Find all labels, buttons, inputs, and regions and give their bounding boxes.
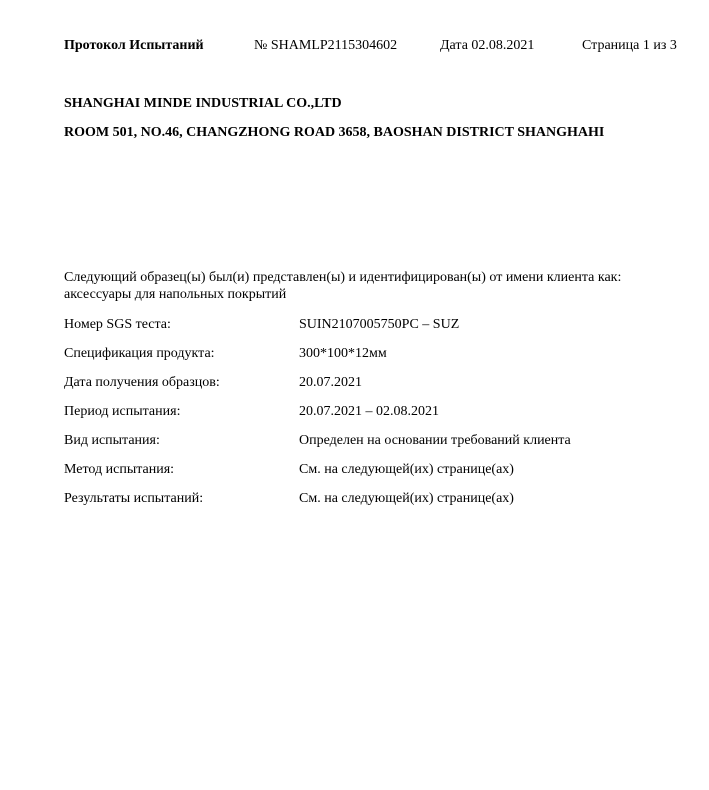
detail-value: 20.07.2021 – 02.08.2021 (299, 404, 439, 420)
sample-intro: Следующий образец(ы) был(и) представлен(… (64, 269, 684, 303)
intro-line: Следующий образец(ы) был(и) представлен(… (64, 269, 684, 286)
report-number: № SHAMLP2115304602 (254, 38, 397, 54)
detail-label: Период испытания: (64, 404, 180, 420)
detail-value: См. на следующей(их) странице(ах) (299, 462, 514, 478)
detail-label: Вид испытания: (64, 433, 160, 449)
company-address: ROOM 501, NO.46, CHANGZHONG ROAD 3658, B… (64, 125, 604, 141)
sample-description: аксессуары для напольных покрытий (64, 286, 684, 303)
detail-value: 300*100*12мм (299, 346, 387, 362)
detail-label: Номер SGS теста: (64, 317, 171, 333)
report-date: Дата 02.08.2021 (440, 38, 534, 54)
report-title: Протокол Испытаний (64, 38, 204, 54)
page-indicator: Страница 1 из 3 (582, 38, 677, 54)
detail-label: Спецификация продукта: (64, 346, 215, 362)
detail-value: 20.07.2021 (299, 375, 362, 391)
company-name: SHANGHAI MINDE INDUSTRIAL CO.,LTD (64, 96, 342, 112)
detail-label: Дата получения образцов: (64, 375, 220, 391)
report-header: Протокол Испытаний № SHAMLP2115304602 Да… (0, 38, 709, 56)
detail-value: См. на следующей(их) странице(ах) (299, 491, 514, 507)
detail-value: Определен на основании требований клиент… (299, 433, 571, 449)
detail-label: Результаты испытаний: (64, 491, 203, 507)
detail-value: SUIN2107005750PC – SUZ (299, 317, 459, 333)
detail-label: Метод испытания: (64, 462, 174, 478)
